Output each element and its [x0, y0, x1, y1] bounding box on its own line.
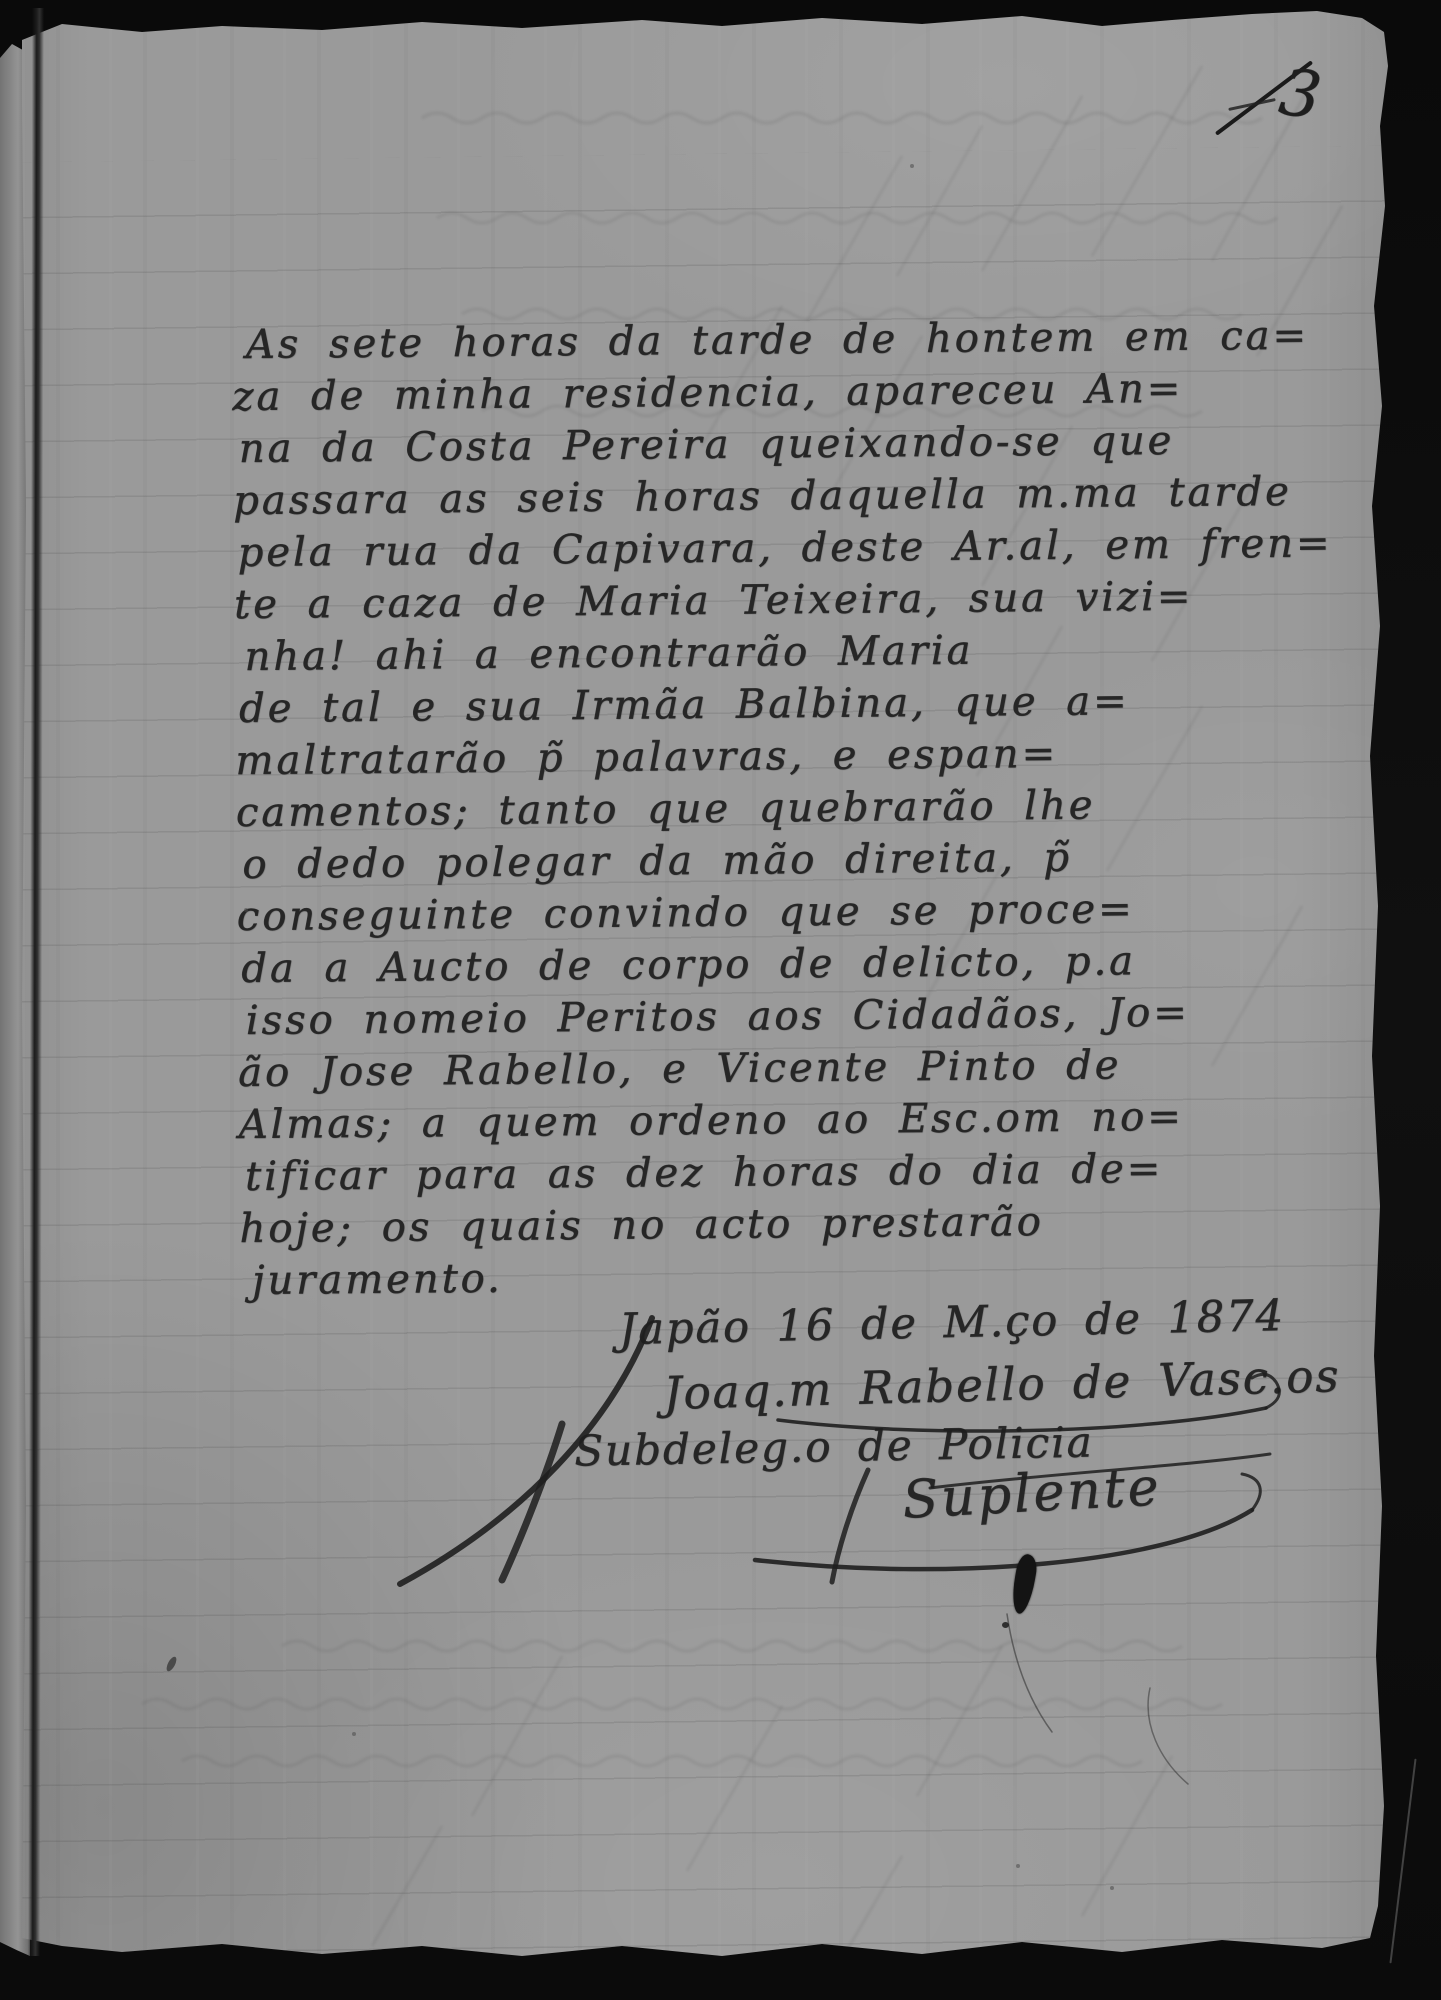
- manuscript-body: As sete horas da tarde de hontem em ca= …: [232, 309, 1401, 1307]
- dust-speck: [1110, 1886, 1114, 1890]
- dust-speck: [1016, 1864, 1020, 1868]
- ink-speck: [1002, 1622, 1009, 1628]
- dust-speck: [244, 908, 248, 912]
- page-edge-highlight: [1389, 1759, 1416, 1964]
- dust-speck: [910, 164, 914, 168]
- folio-number: 3: [1275, 56, 1326, 135]
- dust-speck: [352, 1732, 356, 1736]
- scanned-document-page: 3 As sete horas da tarde de hontem em ca…: [0, 0, 1441, 2000]
- manuscript-line: As sete horas da tarde de hontem em ca=: [246, 309, 1392, 371]
- manuscript-line: pela rua da Capivara, deste Ar.al, em fr…: [238, 517, 1394, 579]
- manuscript-paper: 3 As sete horas da tarde de hontem em ca…: [22, 6, 1394, 1964]
